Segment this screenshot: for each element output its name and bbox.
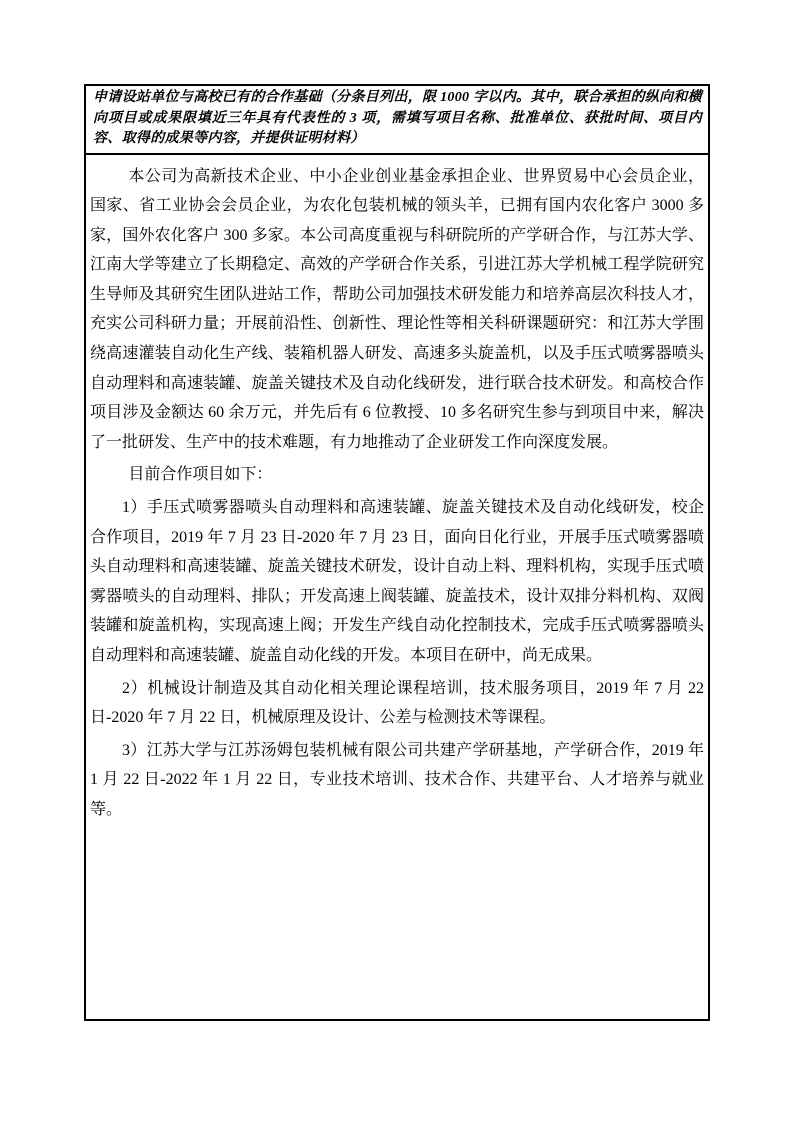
section-header-label: 申请设站单位与高校已有的合作基础（分条目列出，限 1000 字以内。其中，联合承… bbox=[93, 90, 702, 146]
section-body-cell: 本公司为高新技术企业、中小企业创业基金承担企业、世界贸易中心会员企业，国家、省工… bbox=[86, 155, 708, 825]
paragraph-company-overview: 本公司为高新技术企业、中小企业创业基金承担企业、世界贸易中心会员企业，国家、省工… bbox=[90, 162, 704, 458]
paragraph-current-projects-intro: 目前合作项目如下： bbox=[90, 460, 704, 490]
cooperation-basis-table: 申请设站单位与高校已有的合作基础（分条目列出，限 1000 字以内。其中，联合承… bbox=[84, 84, 710, 1021]
paragraph-project-2: 2）机械设计制造及其自动化相关理论课程培训，技术服务项目，2019 年 7 月 … bbox=[90, 674, 704, 733]
section-header-cell: 申请设站单位与高校已有的合作基础（分条目列出，限 1000 字以内。其中，联合承… bbox=[86, 86, 708, 155]
document-page: 申请设站单位与高校已有的合作基础（分条目列出，限 1000 字以内。其中，联合承… bbox=[0, 0, 793, 1122]
paragraph-project-1: 1）手压式喷雾器喷头自动理料和高速装罐、旋盖关键技术及自动化线研发，校企合作项目… bbox=[90, 493, 704, 671]
paragraph-project-3: 3）江苏大学与江苏汤姆包装机械有限公司共建产学研基地，产学研合作，2019 年 … bbox=[90, 736, 704, 825]
